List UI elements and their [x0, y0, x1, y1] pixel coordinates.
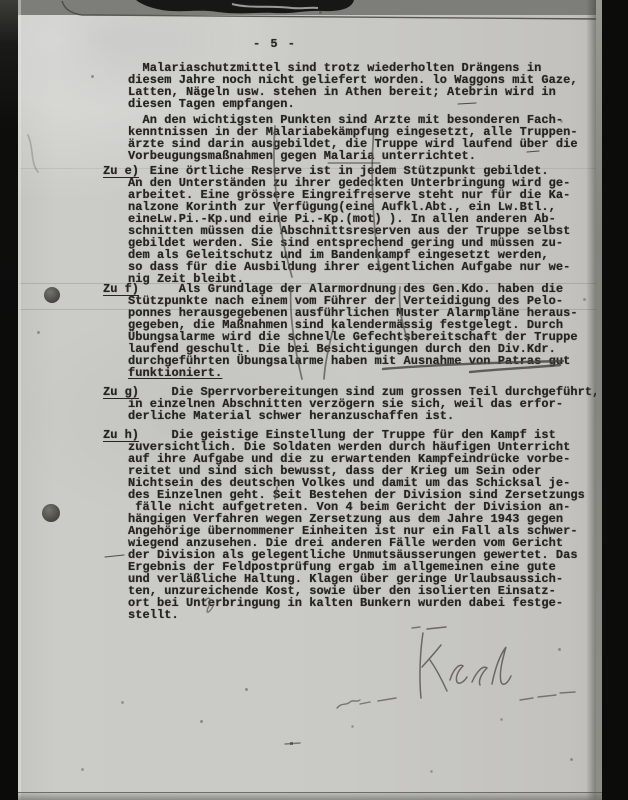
paper-crease-mark: [28, 135, 38, 172]
page-left-edge: [18, 0, 21, 800]
text-line: diesen Tagen empfangen.: [128, 98, 295, 110]
scan-background-right: [602, 0, 628, 800]
page-number: - 5 -: [253, 37, 297, 51]
typed-dash: [527, 151, 539, 152]
page-right-shadow: [586, 0, 596, 800]
punch-hole: [44, 287, 60, 303]
text-line: derliche Material schwer heranzuschaffen…: [128, 410, 454, 422]
punch-hole: [42, 504, 60, 522]
pencil-dash: [412, 627, 420, 628]
pencil-dash: [285, 743, 300, 744]
pencil-squiggle: [337, 700, 360, 708]
pencil-dash: [378, 698, 396, 701]
margin-dash: [105, 555, 124, 557]
text-line: Vorbeugungsmaßnahmen gegen Malaria unter…: [128, 150, 476, 162]
typed-dash: [458, 103, 476, 104]
pencil-dash: [520, 692, 575, 700]
dust-specks: [0, 0, 1, 1]
scan-top-edge: [18, 0, 600, 15]
text-line: funktioniert.: [128, 367, 222, 379]
text-line: ort bei Unterbringung in kalten Bunkern …: [128, 597, 563, 609]
handwritten-signature: [420, 627, 511, 698]
pencil-dash: [360, 702, 370, 704]
scan-background-left: [0, 0, 18, 800]
text-line: stellt.: [128, 609, 179, 621]
page-bottom-edge: [18, 792, 602, 800]
scanned-document-page: - 5 - Malariaschutzmittel sind trotz wie…: [0, 0, 628, 800]
